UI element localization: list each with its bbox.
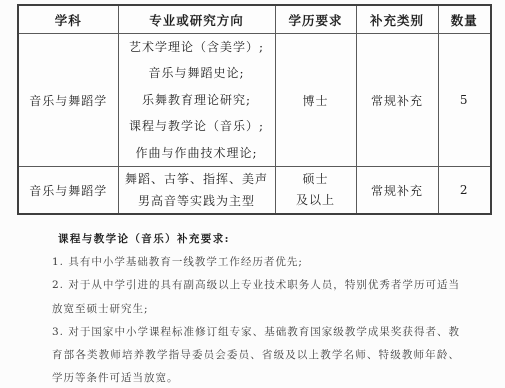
direction-line: 乐舞教育理论研究; <box>121 87 273 113</box>
direction-line: 音乐与舞蹈史论; <box>121 60 273 86</box>
cell-directions: 艺术学理论（含美学）; 音乐与舞蹈史论; 乐舞教育理论研究; 课程与教学论（音乐… <box>118 34 275 167</box>
note-item-2: 2. 对于从中学引进的具有副高级以上专业技术职务人员，特别优秀者学历可适当放宽至… <box>52 274 460 320</box>
col-header-degree-requirement: 学历要求 <box>275 5 356 34</box>
cell-degree: 硕士 及以上 <box>275 167 356 215</box>
cell-count: 5 <box>438 34 491 167</box>
col-header-count: 数量 <box>438 5 491 34</box>
notes-heading: 课程与教学论（音乐）补充要求: <box>52 228 460 251</box>
header-row: 学科 专业或研究方向 学历要求 补充类别 数量 <box>18 5 491 34</box>
cell-category: 常规补充 <box>356 167 438 215</box>
direction-line: 作曲与作曲技术理论; <box>121 140 273 166</box>
col-header-supplement-category: 补充类别 <box>356 5 438 34</box>
cell-subject: 音乐与舞蹈学 <box>18 167 118 215</box>
direction-line: 艺术学理论（含美学）; <box>121 34 273 60</box>
cell-directions: 舞蹈、古筝、指挥、美声男高音等实践为主型 <box>118 167 275 215</box>
degree-line: 硕士 <box>278 169 354 190</box>
recruitment-table-wrap: 学科 专业或研究方向 学历要求 补充类别 数量 音乐与舞蹈学 艺术学理论（含美学… <box>17 4 492 215</box>
col-header-subject: 学科 <box>18 5 118 34</box>
col-header-major-direction: 专业或研究方向 <box>118 5 275 34</box>
document-page: 学科 专业或研究方向 学历要求 补充类别 数量 音乐与舞蹈学 艺术学理论（含美学… <box>0 0 505 388</box>
table-row: 音乐与舞蹈学 舞蹈、古筝、指挥、美声男高音等实践为主型 硕士 及以上 常规补充 … <box>18 167 491 215</box>
cell-category: 常规补充 <box>356 34 438 167</box>
cell-subject: 音乐与舞蹈学 <box>18 34 118 167</box>
degree-line: 及以上 <box>278 190 354 211</box>
recruitment-table: 学科 专业或研究方向 学历要求 补充类别 数量 音乐与舞蹈学 艺术学理论（含美学… <box>17 4 492 215</box>
cell-count: 2 <box>438 167 491 215</box>
note-item-1: 1. 具有中小学基础教育一线教学工作经历者优先; <box>52 251 460 274</box>
direction-line: 课程与教学论（音乐）; <box>121 113 273 139</box>
note-item-3: 3. 对于国家中小学课程标准修订组专家、基础教育国家级教学成果奖获得者、教育部各… <box>52 321 460 388</box>
cell-degree: 博士 <box>275 34 356 167</box>
notes-section: 课程与教学论（音乐）补充要求: 1. 具有中小学基础教育一线教学工作经历者优先;… <box>52 228 460 388</box>
table-row: 音乐与舞蹈学 艺术学理论（含美学）; 音乐与舞蹈史论; 乐舞教育理论研究; 课程… <box>18 34 491 167</box>
